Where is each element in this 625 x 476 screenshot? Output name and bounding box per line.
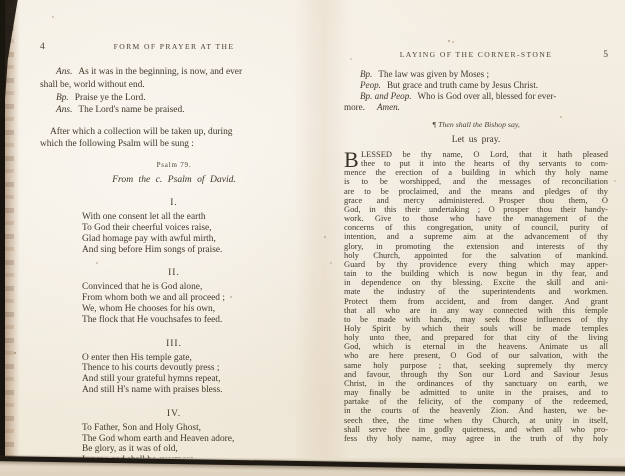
left-running-header: 4 FORM OF PRAYER AT THE <box>40 42 308 52</box>
stanza-line: Glad homage pay with awful mirth, <box>82 234 308 245</box>
stanza-numeral: I. <box>40 198 308 208</box>
right-versicles: Bp.The law was given by Moses ;Peop.But … <box>344 69 608 113</box>
drop-cap-letter: B <box>344 151 359 169</box>
versicle-line: Ans.The Lord's name be praised. <box>40 104 308 117</box>
versicle-text: As it was in the beginning, is now, and … <box>78 67 242 77</box>
prayer-lines: LESSED be thy name, O Lord, that it hath… <box>344 150 608 443</box>
rubric-line: After which a collection will be taken u… <box>40 126 308 138</box>
versicle-text: shall be, world without end. <box>40 80 145 90</box>
left-running-title: FORM OF PRAYER AT THE <box>66 42 282 51</box>
versicle-line: Bp.The law was given by Moses ; <box>344 69 608 80</box>
stanza-block: O enter then His temple gate,Thence to h… <box>40 353 308 396</box>
versicle-text: But grace and truth came by Jesus Christ… <box>387 80 538 90</box>
collection-rubric: After which a collection will be taken u… <box>40 126 308 150</box>
left-page-number: 4 <box>40 42 66 52</box>
stanza-numeral: II. <box>40 268 308 278</box>
right-page-number: 5 <box>582 50 608 60</box>
stanza-line: And still H's name with praises bless. <box>82 385 308 396</box>
stanza-line: To Father, Son and Holy Ghost, <box>82 423 308 434</box>
right-page: LAYING OF THE CORNER-STONE 5 Bp.The law … <box>344 50 608 443</box>
versicle-text: The Lord's name be praised. <box>78 105 184 115</box>
versicle-text: The law was given by Moses ; <box>378 69 489 79</box>
stanza-block: With one consent let all the earthTo God… <box>40 212 308 255</box>
psalm-source: From the c. Psalm of David. <box>40 174 308 185</box>
versicle-speaker-label: Bp. <box>56 93 69 103</box>
rubric-line: which the following Psalm will be sung : <box>40 138 308 150</box>
versicle-text: Praise ye the Lord. <box>75 93 146 103</box>
right-running-title: LAYING OF THE CORNER-STONE <box>370 50 582 59</box>
versicle-speaker-label: Bp. and Peop. <box>360 91 412 101</box>
psalm-stanzas: I.With one consent let all the earthTo G… <box>40 198 308 466</box>
stanza-line: The flock that He vouchsafes to feed. <box>82 315 308 326</box>
stanza-numeral: IV. <box>40 409 308 419</box>
stanza-line: We, whom He chooses for his own, <box>82 304 308 315</box>
stanza-line: Convinced that he is God alone, <box>82 282 308 293</box>
book-scan: 4 FORM OF PRAYER AT THE Ans.As it was in… <box>0 0 625 476</box>
versicle-text: Who is God over all, blessed for ever- <box>418 91 557 101</box>
psalm-caption: Psalm 79. <box>40 161 308 169</box>
stanza-line: Be glory, as it was of old, <box>82 444 308 455</box>
left-versicles: Ans.As it was in the beginning, is now, … <box>40 66 308 117</box>
right-running-header: LAYING OF THE CORNER-STONE 5 <box>344 50 608 60</box>
versicle-amen: Amen. <box>377 102 400 112</box>
bishop-rubric: ¶ Then shall the Bishop say, <box>344 120 608 129</box>
blessing-prayer: B LESSED be thy name, O Lord, that it ha… <box>344 150 608 443</box>
left-page: 4 FORM OF PRAYER AT THE Ans.As it was in… <box>40 42 308 466</box>
versicle-line: more.Amen. <box>344 102 608 113</box>
versicle-line: shall be, world without end. <box>40 79 308 92</box>
stanza-line: To God their cheerful voices raise, <box>82 223 308 234</box>
versicle-speaker-label: Ans. <box>56 105 72 115</box>
versicle-speaker-label: Ans. <box>56 67 72 77</box>
stanza-numeral: III. <box>40 339 308 349</box>
stanza-block: Convinced that he is God alone,From whom… <box>40 282 308 325</box>
stanza-line: The God whom earth and Heaven adore, <box>82 434 308 445</box>
stanza-line: And sing before Him songs of praise. <box>82 245 308 256</box>
versicle-speaker-label: Peop. <box>360 80 381 90</box>
stanza-line: From whom both we and all proceed ; <box>82 293 308 304</box>
versicle-speaker-label: Bp. <box>360 69 372 79</box>
stanza-line: With one consent let all the earth <box>82 212 308 223</box>
versicle-line: Bp. and Peop.Who is God over all, blesse… <box>344 91 608 102</box>
stanza-line: O enter then His temple gate, <box>82 353 308 364</box>
versicle-text: more. <box>344 102 365 112</box>
prayer-call: Let us pray. <box>344 135 608 145</box>
prayer-line: fess thy holy name, may agree in the tru… <box>344 434 608 443</box>
stanza-line: And still your grateful hymns repeat, <box>82 374 308 385</box>
versicle-line: Ans.As it was in the beginning, is now, … <box>40 66 308 79</box>
stanza-line: Thence to his courts devoutly press ; <box>82 363 308 374</box>
versicle-line: Peop.But grace and truth came by Jesus C… <box>344 80 608 91</box>
versicle-line: Bp.Praise ye the Lord. <box>40 92 308 105</box>
